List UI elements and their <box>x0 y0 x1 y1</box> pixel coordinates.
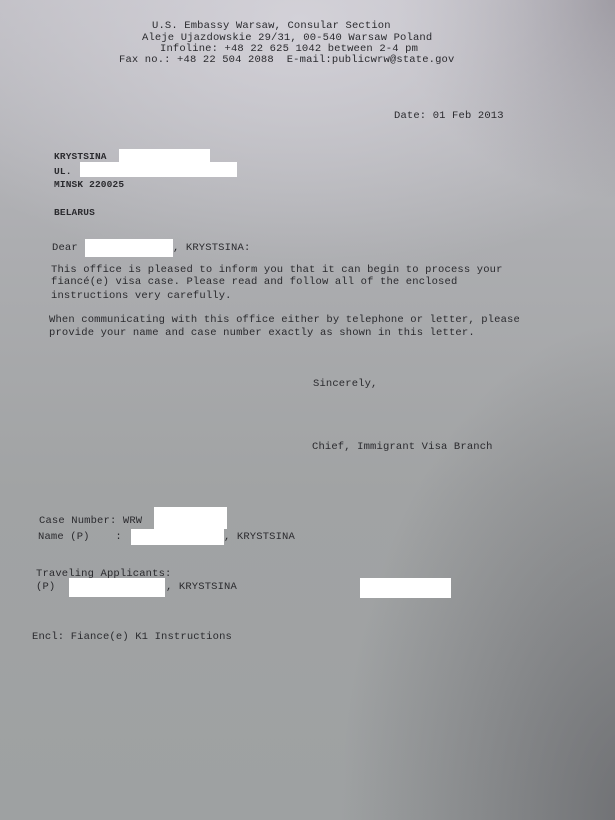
closing: Sincerely, <box>313 378 378 390</box>
letter-date: Date: 01 Feb 2013 <box>394 110 504 122</box>
case-name-suffix: , KRYSTSINA <box>224 531 295 543</box>
letterhead-line-1: U.S. Embassy Warsaw, Consular Section <box>152 21 391 33</box>
redacted-street <box>80 162 237 177</box>
salutation-prefix: Dear <box>52 242 78 254</box>
letterhead-line-4: Fax no.: +48 22 504 2088 E-mail:publicwr… <box>119 55 454 67</box>
body-para1-line2: fiancé(e) visa case. Please read and fol… <box>51 276 457 288</box>
enclosure-note: Encl: Fiance(e) K1 Instructions <box>32 631 232 643</box>
photographed-letter-page: U.S. Embassy Warsaw, Consular Section Al… <box>0 0 615 820</box>
redacted-case-surname <box>131 529 224 545</box>
traveling-applicant-suffix: , KRYSTSINA <box>166 581 237 593</box>
signature-title: Chief, Immigrant Visa Branch <box>312 441 493 453</box>
case-number-label: Case Number: WRW <box>39 515 142 527</box>
redacted-traveler-dob <box>360 578 451 598</box>
salutation-suffix: , KRYSTSINA: <box>173 242 250 254</box>
redacted-surname <box>119 149 210 163</box>
body-para2-line1: When communicating with this office eith… <box>49 314 520 326</box>
recipient-city: MINSK 220025 <box>54 179 124 191</box>
case-name-label: Name (P) : <box>38 531 122 543</box>
redacted-case-number <box>154 507 227 529</box>
redacted-salutation-surname <box>85 239 173 257</box>
body-para2-line2: provide your name and case number exactl… <box>49 327 475 339</box>
traveling-applicant-prefix: (P) <box>36 581 55 593</box>
redacted-traveler-surname <box>69 578 165 597</box>
body-para1-line1: This office is pleased to inform you tha… <box>51 264 503 276</box>
recipient-country: BELARUS <box>54 207 95 219</box>
recipient-street-prefix: UL. <box>54 166 72 178</box>
body-para1-line3: instructions very carefully. <box>51 290 232 302</box>
